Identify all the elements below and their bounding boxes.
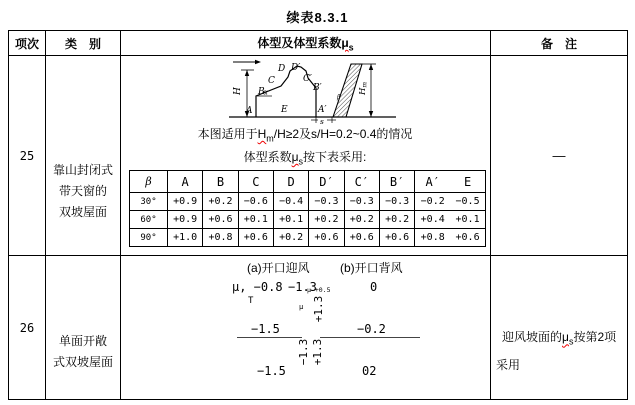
category-line: 带天窗的: [46, 181, 120, 202]
inner-header-cell: A: [168, 171, 203, 193]
wind-arrow: [233, 60, 261, 65]
Hm-symbol: Hm: [258, 127, 274, 141]
category-line: 式双坡屋面: [46, 352, 120, 373]
category-line: 双坡屋面: [46, 202, 120, 223]
item-number: 26: [9, 256, 46, 400]
category-cell: 靠山封闭式 带天窗的 双坡屋面: [46, 56, 121, 256]
mu-s-symbol: μs: [292, 150, 303, 164]
beta-value-cell: 60°: [130, 211, 168, 229]
inner-header-cell: D′: [309, 171, 344, 193]
value-cell: +0.2: [379, 211, 414, 229]
table-row-26: 26 单面开敞 式双坡屋面 (a)开口迎风 (b)开口背风 μ, −0.8 −1…: [9, 256, 628, 400]
inner-header-row: β A B C D D′ C′ B′ A′ E: [130, 171, 486, 193]
roof-line-windward: [237, 337, 302, 338]
label-E: E: [280, 105, 288, 115]
value-minus02: −0.2: [357, 322, 386, 336]
inner-header-cell: B′: [379, 171, 414, 193]
table-row-25: 25 靠山封闭式 带天窗的 双坡屋面: [9, 56, 628, 256]
header-row: 项次 类 别 体型及体型系数μs 备 注: [9, 31, 628, 56]
beta-value-cell: 30°: [130, 193, 168, 211]
value-cell: +0.2: [273, 229, 308, 247]
value-cell: −0.3: [379, 193, 414, 211]
value-cell: +0.6: [344, 229, 379, 247]
table-intro-caption: 体型系数μs按下表采用:: [155, 148, 455, 166]
caption-leeward: (b)开口背风: [340, 259, 403, 276]
inner-header-beta: β: [130, 171, 168, 193]
shape-header-text: 体型及体型系数: [257, 36, 341, 50]
caption-windward: (a)开口迎风: [247, 259, 310, 276]
main-table: 项次 类 别 体型及体型系数μs 备 注 25 靠山封闭式 带天窗的 双坡屋面: [8, 30, 628, 400]
label-A: A: [245, 106, 253, 116]
value-cell: −0.6: [238, 193, 273, 211]
value-cell: +0.8: [203, 229, 238, 247]
mu-s-symbol: μs: [562, 330, 573, 344]
inner-header-cell: E: [450, 171, 485, 193]
table-title: 续表8.3.1: [0, 7, 635, 26]
note-cell-26: 迎风坡面的μs按第2项 采用: [491, 256, 628, 400]
value-mu-08: μ, −0.8: [232, 280, 283, 294]
label-C: C: [268, 76, 275, 86]
label-beta: β: [336, 94, 341, 101]
dimension-Hm: Hm: [358, 64, 376, 117]
value-cell: −0.3: [344, 193, 379, 211]
value-cell: +0.1: [450, 211, 485, 229]
label-D: D: [277, 64, 285, 74]
mu-s-symbol: μs: [341, 36, 353, 50]
label-H: H: [233, 87, 243, 96]
label-B2: B′: [312, 83, 322, 93]
document-page: 续表8.3.1 项次 类 别 体型及体型系数μs 备 注 25 靠山封闭式 带天…: [0, 0, 635, 405]
value-cell: +0.4: [415, 211, 450, 229]
value-cell: +0.6: [203, 211, 238, 229]
shape-coefficient-table: β A B C D D′ C′ B′ A′ E 30° +0.9 +: [129, 170, 486, 247]
roof-line-leeward: [320, 337, 420, 338]
value-cell: +0.1: [238, 211, 273, 229]
value-cell: +0.8: [415, 229, 450, 247]
inner-data-row-90: 90° +1.0 +0.8 +0.6 +0.2 +0.6 +0.6 +0.6 +…: [130, 229, 486, 247]
category-cell: 单面开敞 式双坡屋面: [46, 256, 121, 400]
value-minus13-vert: −1.3: [297, 339, 309, 365]
inner-data-row-30: 30° +0.9 +0.2 −0.6 −0.4 −0.3 −0.3 −0.3 −…: [130, 193, 486, 211]
label-C2: C′: [303, 74, 312, 84]
value-cell: −0.4: [273, 193, 308, 211]
note-line: 采用: [496, 354, 623, 377]
col-header-note: 备 注: [491, 31, 628, 56]
value-cell: +0.2: [309, 211, 344, 229]
value-cell: +0.2: [203, 193, 238, 211]
value-minus15-bottom: −1.5: [257, 364, 286, 378]
label-D2: D′: [290, 63, 300, 73]
value-mu-05-small: μ +0.5: [307, 286, 330, 294]
inner-header-cell: D: [273, 171, 308, 193]
value-cell: +0.6: [309, 229, 344, 247]
col-header-category: 类 别: [46, 31, 121, 56]
open-roof-diagram: (a)开口迎风 (b)开口背风 μ, −0.8 −1.3 μ +0.5 0 T …: [121, 256, 489, 398]
t-mark: T: [248, 296, 253, 306]
shape-cell-26: (a)开口迎风 (b)开口背风 μ, −0.8 −1.3 μ +0.5 0 T …: [121, 256, 491, 400]
inner-data-row-60: 60° +0.9 +0.6 +0.1 +0.1 +0.2 +0.2 +0.2 +…: [130, 211, 486, 229]
label-Hm: Hm: [358, 82, 369, 96]
item-number: 25: [9, 56, 46, 256]
beta-value-cell: 90°: [130, 229, 168, 247]
value-minus15-mid: −1.5: [251, 322, 280, 336]
roof-profile-diagram: H α A B C D D′ C′: [228, 56, 398, 126]
note-cell-25: —: [491, 56, 628, 256]
inner-header-cell: C′: [344, 171, 379, 193]
value-02-bottom: 02: [362, 364, 376, 378]
value-cell: −0.3: [309, 193, 344, 211]
note-line: 迎风坡面的μs按第2项: [496, 326, 623, 353]
applicability-caption: 本图适用于Hm/H≥2及s/H=0.2~0.4的情况: [155, 125, 455, 143]
value-cell: −0.5: [450, 193, 485, 211]
inner-header-cell: B: [203, 171, 238, 193]
value-cell: +0.6: [450, 229, 485, 247]
value-cell: +0.6: [238, 229, 273, 247]
col-header-shape: 体型及体型系数μs: [121, 31, 491, 56]
value-cell: +0.9: [168, 211, 203, 229]
inner-header-cell: C: [238, 171, 273, 193]
category-line: 靠山封闭式: [46, 160, 120, 181]
label-A2: A′: [317, 105, 327, 115]
col-header-item: 项次: [9, 31, 46, 56]
value-cell: +0.1: [273, 211, 308, 229]
value-cell: +0.9: [168, 193, 203, 211]
value-cell: −0.2: [415, 193, 450, 211]
inner-header-cell: A′: [415, 171, 450, 193]
value-cell: +0.6: [379, 229, 414, 247]
value-cell: +0.2: [344, 211, 379, 229]
category-line: 单面开敞: [46, 331, 120, 352]
mu-mark: μ: [299, 303, 303, 311]
value-plus13-vert: +1.3: [311, 339, 323, 365]
value-cell: +1.0: [168, 229, 203, 247]
value-plus13-upper: +1.3: [312, 296, 324, 322]
label-B: B: [257, 87, 265, 97]
shape-cell-25: H α A B C D D′ C′: [121, 56, 491, 256]
value-zero: 0: [370, 280, 377, 294]
